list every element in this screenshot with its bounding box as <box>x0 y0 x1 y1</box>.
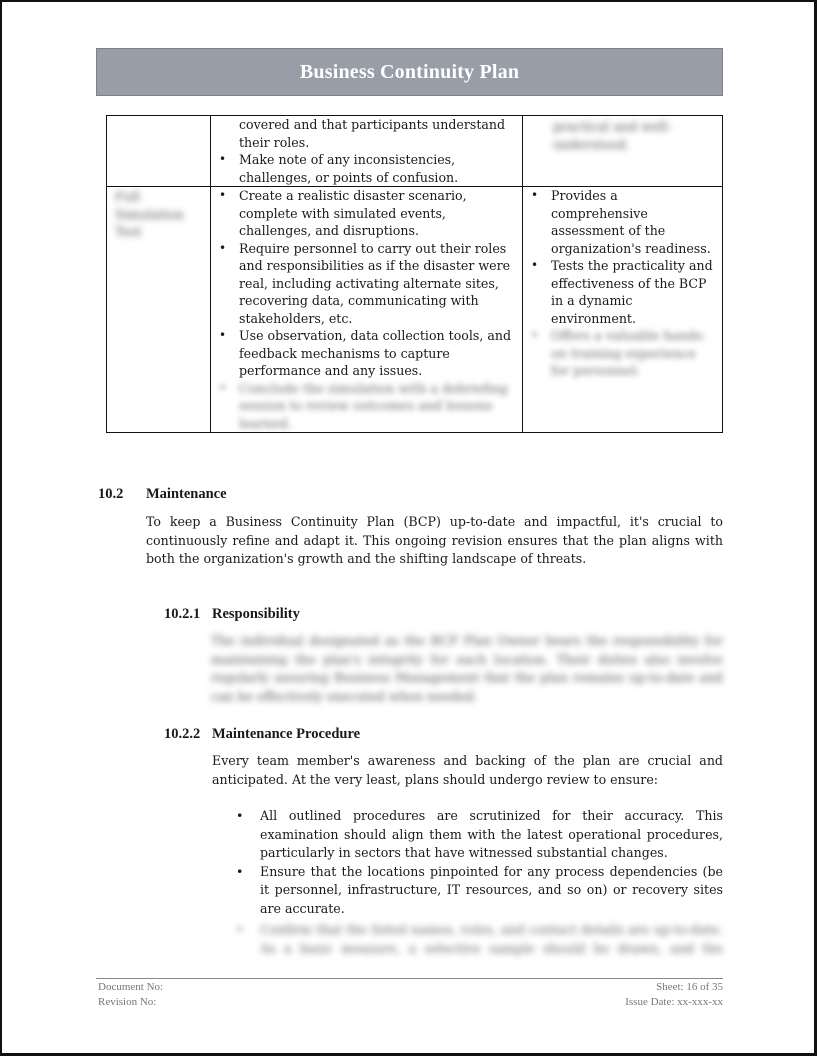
list-item: Make note of any inconsistencies, challe… <box>211 151 516 186</box>
table-cell-method <box>107 116 211 187</box>
table-cell-steps: Create a realistic disaster scenario, co… <box>211 187 523 433</box>
section-title: Maintenance <box>146 486 227 503</box>
review-checklist: All outlined procedures are scrutinized … <box>230 807 723 958</box>
section-number: 10.2.1 <box>164 606 212 623</box>
list-item: Require personnel to carry out their rol… <box>211 240 512 328</box>
document-header: Business Continuity Plan <box>96 48 723 96</box>
test-methods-table: covered and that participants understand… <box>106 115 723 433</box>
section-heading-maintenance: 10.2 Maintenance <box>98 486 227 503</box>
issue-date: Issue Date: xx-xxx-xx <box>625 995 723 1010</box>
list-item: Use observation, data collection tools, … <box>211 327 512 380</box>
maintenance-paragraph: To keep a Business Continuity Plan (BCP)… <box>146 513 723 569</box>
table-row: covered and that participants understand… <box>107 116 723 187</box>
section-heading-maintenance-procedure: 10.2.2 Maintenance Procedure <box>164 726 360 743</box>
redacted-list-item: Confirm that the listed names, roles, an… <box>230 921 723 958</box>
footer-divider <box>96 978 723 979</box>
table-cell-benefits: Provides a comprehensive assessment of t… <box>523 187 723 433</box>
document-title: Business Continuity Plan <box>300 61 519 84</box>
list-item: Ensure that the locations pinpointed for… <box>230 863 723 919</box>
document-footer: Document No: Sheet: 16 of 35 Revision No… <box>98 980 723 1010</box>
list-item: Tests the practicality and effectiveness… <box>523 257 716 327</box>
redacted-text: Full Simulation Test <box>115 188 185 241</box>
table-cell-benefits: practical and well-understood. <box>523 116 723 187</box>
section-number: 10.2 <box>98 486 146 503</box>
section-title: Maintenance Procedure <box>212 726 360 743</box>
list-item: covered and that participants understand… <box>211 116 516 151</box>
revision-no-label: Revision No: <box>98 995 156 1010</box>
section-heading-responsibility: 10.2.1 Responsibility <box>164 606 300 623</box>
redacted-list-item: Conclude the simulation with a debriefin… <box>211 380 512 433</box>
document-no-label: Document No: <box>98 980 163 995</box>
list-item: Provides a comprehensive assessment of t… <box>523 187 716 257</box>
redacted-text: practical and well-understood. <box>553 118 683 153</box>
section-number: 10.2.2 <box>164 726 212 743</box>
table-cell-steps: covered and that participants understand… <box>211 116 523 187</box>
sheet-number: Sheet: 16 of 35 <box>656 980 723 995</box>
redacted-paragraph: The individual designated as the BCP Pla… <box>211 632 723 706</box>
table-cell-method: Full Simulation Test <box>107 187 211 433</box>
redacted-list-item: Offers a valuable hands-on training expe… <box>523 327 716 380</box>
section-title: Responsibility <box>212 606 300 623</box>
list-item: Create a realistic disaster scenario, co… <box>211 187 512 240</box>
table-row: Full Simulation Test Create a realistic … <box>107 187 723 433</box>
maintenance-procedure-paragraph: Every team member's awareness and backin… <box>212 752 723 789</box>
list-item: All outlined procedures are scrutinized … <box>230 807 723 863</box>
